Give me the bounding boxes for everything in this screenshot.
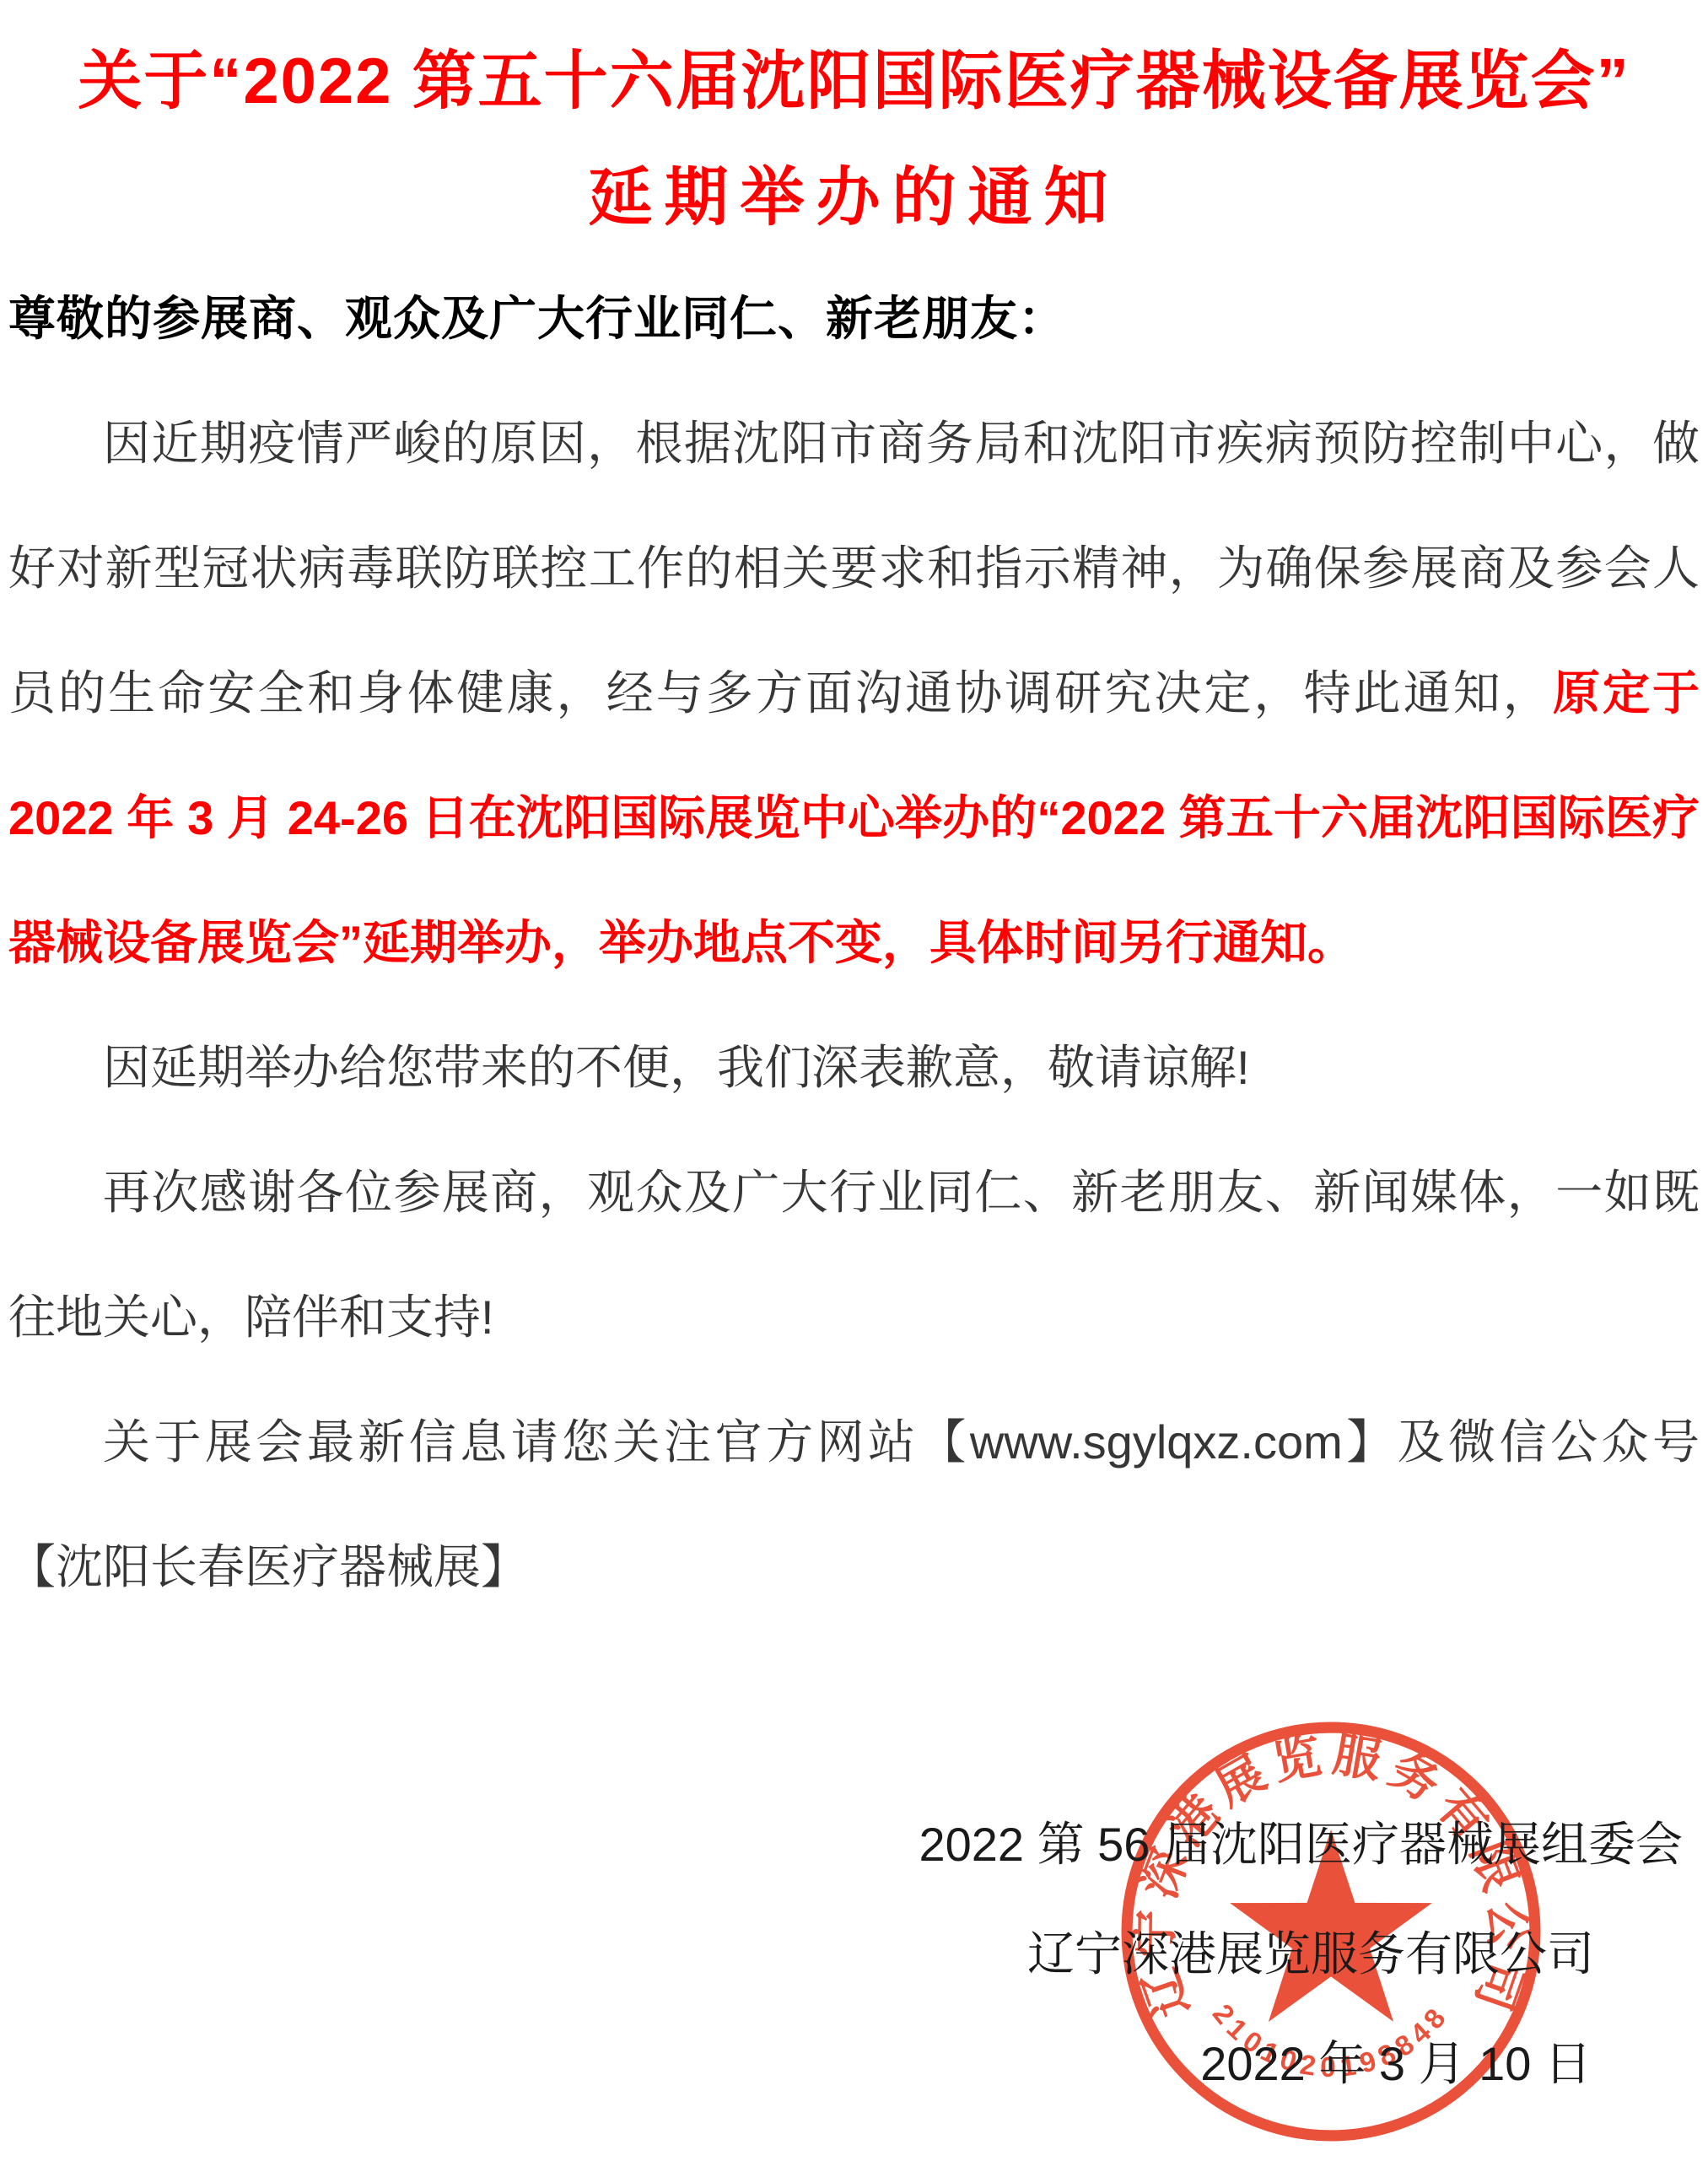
paragraph-thanks: 再次感谢各位参展商，观众及广大行业同仁、新老朋友、新闻媒体，一如既往地关心，陪伴… bbox=[8, 1130, 1700, 1380]
signature-committee: 2022 第 56 届沈阳医疗器械展组委会 bbox=[0, 1790, 1708, 1900]
notice-document-page: 关于“2022 第五十六届沈阳国际医疗器械设备展览会” 延期举办的通知 尊敬的参… bbox=[0, 0, 1708, 2161]
document-title-line2: 延期举办的通知 bbox=[0, 140, 1708, 256]
document-title: 关于“2022 第五十六届沈阳国际医疗器械设备展览会” 延期举办的通知 bbox=[0, 0, 1708, 256]
signature-company: 辽宁深港展览服务有限公司 bbox=[0, 1900, 1708, 2009]
signature-date: 2022 年 3 月 10 日 bbox=[0, 2009, 1708, 2119]
paragraph-main: 因近期疫情严峻的原因，根据沈阳市商务局和沈阳市疾病预防控制中心，做好对新型冠状病… bbox=[8, 381, 1700, 1005]
document-body: 尊敬的参展商、观众及广大行业同仁、新老朋友： 因近期疫情严峻的原因，根据沈阳市商… bbox=[0, 256, 1708, 1630]
paragraph-main-black-segment: 因近期疫情严峻的原因，根据沈阳市商务局和沈阳市疾病预防控制中心，做好对新型冠状病… bbox=[8, 417, 1700, 719]
signature-block: 2022 第 56 届沈阳医疗器械展组委会 辽宁深港展览服务有限公司 2022 … bbox=[0, 1790, 1708, 2119]
paragraph-website: 关于展会最新信息请您关注官方网站【www.sgylqxz.com】及微信公众号【… bbox=[8, 1380, 1700, 1630]
paragraph-apology: 因延期举办给您带来的不便，我们深表歉意，敬请谅解! bbox=[8, 1005, 1700, 1130]
document-title-line1: 关于“2022 第五十六届沈阳国际医疗器械设备展览会” bbox=[0, 24, 1708, 140]
salutation-line: 尊敬的参展商、观众及广大行业同仁、新老朋友： bbox=[8, 256, 1700, 381]
